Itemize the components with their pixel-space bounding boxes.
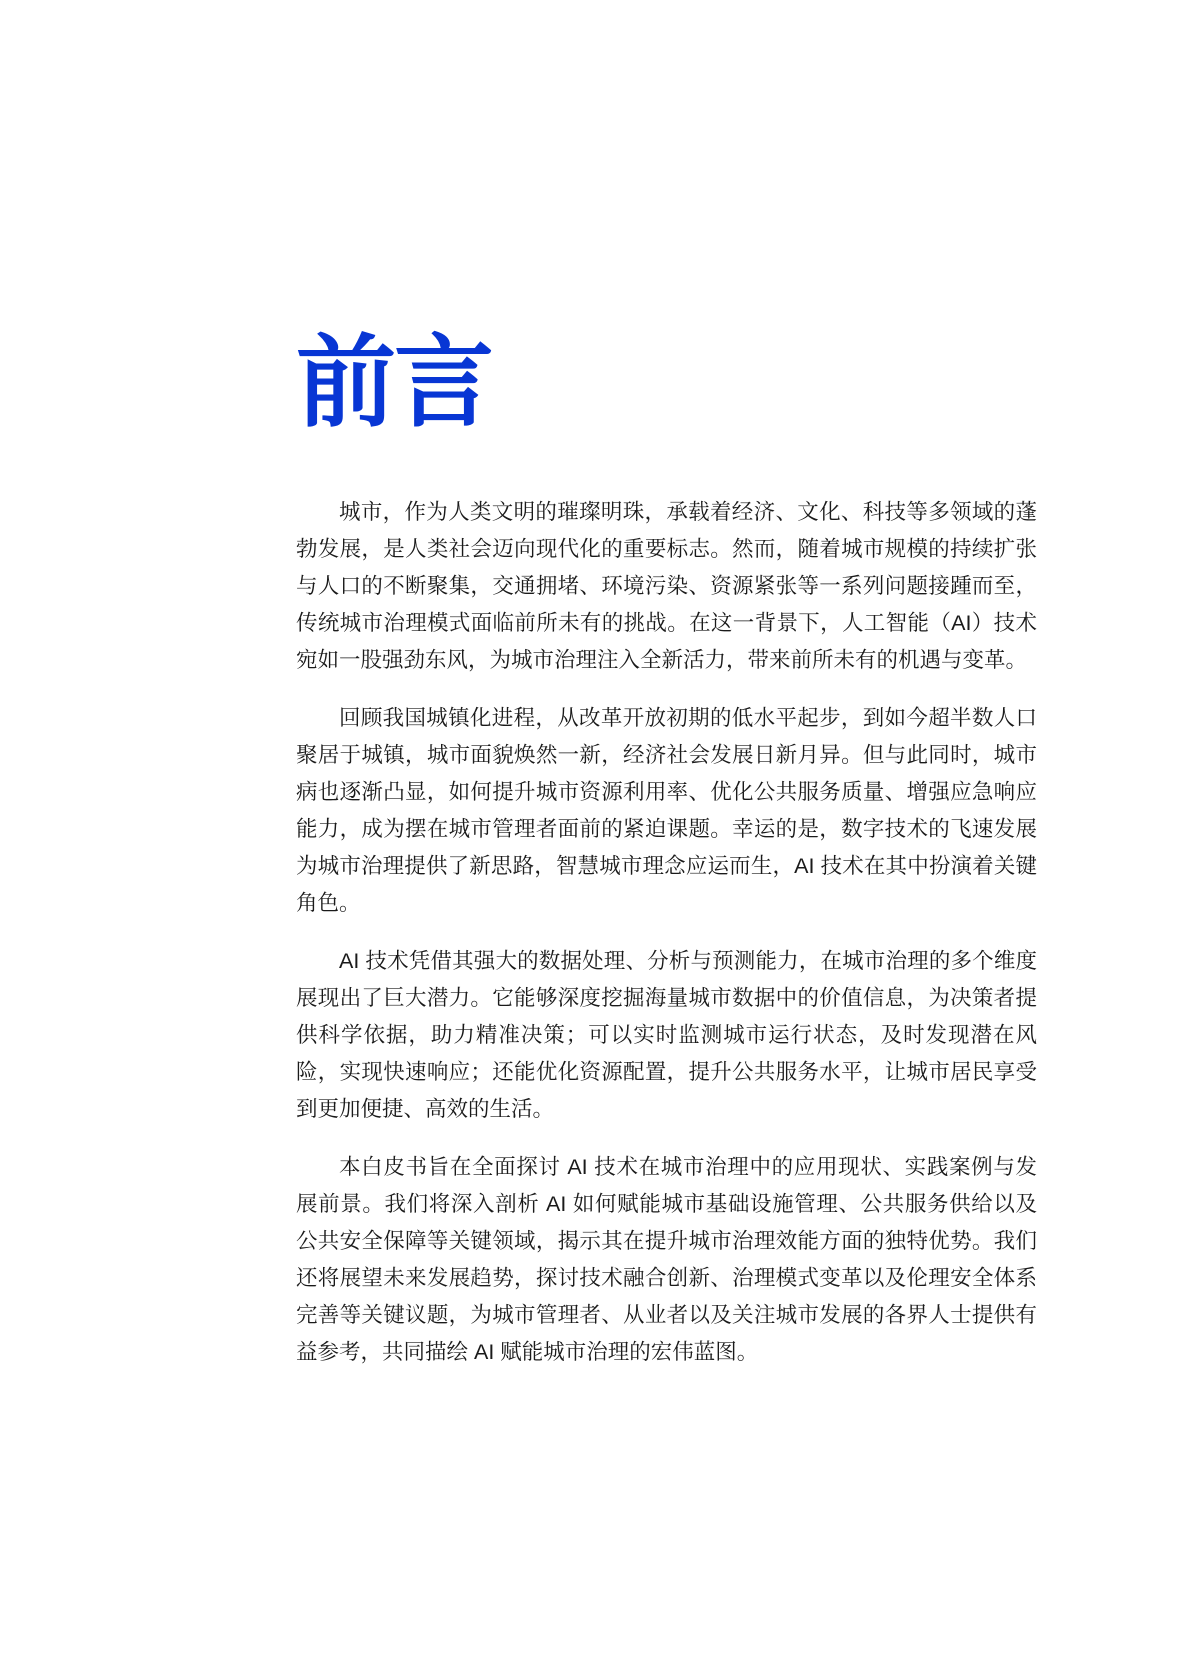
preface-section: 前言 城市，作为人类文明的璀璨明珠，承载着经济、文化、科技等多领域的蓬勃发展，是… bbox=[0, 0, 1181, 1371]
body-text: 城市，作为人类文明的璀璨明珠，承载着经济、文化、科技等多领域的蓬勃发展，是人类社… bbox=[296, 494, 1037, 1371]
paragraph-4: 本白皮书旨在全面探讨 AI 技术在城市治理中的应用现状、实践案例与发展前景。我们… bbox=[296, 1149, 1037, 1371]
page-title: 前言 bbox=[296, 330, 1037, 436]
paragraph-2: 回顾我国城镇化进程，从改革开放初期的低水平起步，到如今超半数人口聚居于城镇，城市… bbox=[296, 700, 1037, 922]
document-page: 前言 城市，作为人类文明的璀璨明珠，承载着经济、文化、科技等多领域的蓬勃发展，是… bbox=[0, 0, 1181, 1654]
paragraph-1: 城市，作为人类文明的璀璨明珠，承载着经济、文化、科技等多领域的蓬勃发展，是人类社… bbox=[296, 494, 1037, 679]
paragraph-3: AI 技术凭借其强大的数据处理、分析与预测能力，在城市治理的多个维度展现出了巨大… bbox=[296, 943, 1037, 1128]
